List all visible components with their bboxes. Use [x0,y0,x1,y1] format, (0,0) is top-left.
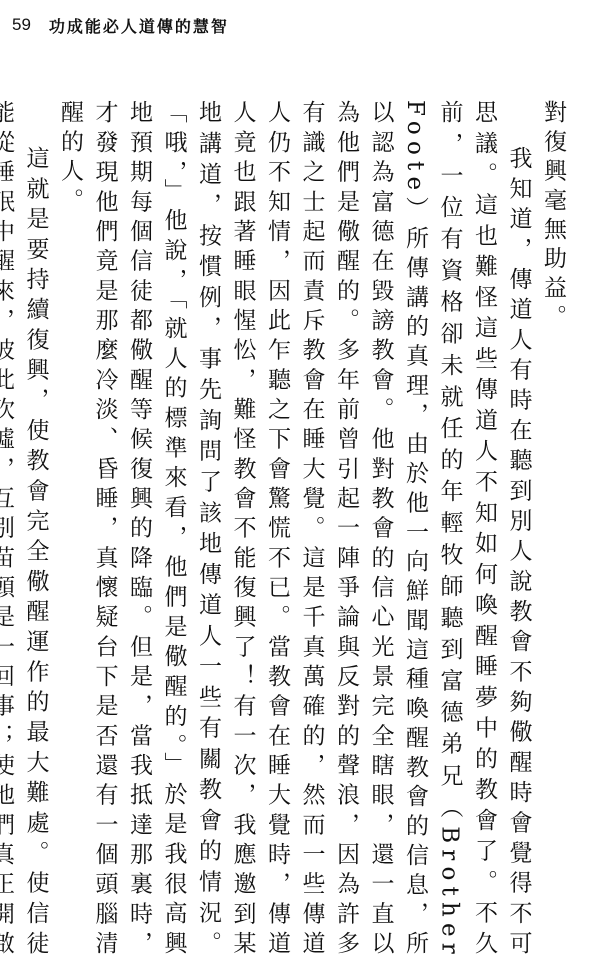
paragraph-1: 對復興毫無助益。 [536,100,571,960]
running-head: 59 功成能必人道傳的慧智 [12,12,229,38]
paragraph-2: 我知道，傳道人有時在聽到別人說教會不夠儆醒時會覺得不可思議。這也難怪這些傳道人不… [53,100,536,960]
page-body: 對復興毫無助益。 我知道，傳道人有時在聽到別人說教會不夠儆醒時會覺得不可思議。這… [20,100,570,960]
book-title: 功成能必人道傳的慧智 [49,14,229,37]
paragraph-3: 這就是要持續復興，使教會完全儆醒運作的最大難處。使信徒能從睡眠中醒來，彼此吹噓，… [0,100,53,960]
page-number: 59 [12,15,31,35]
